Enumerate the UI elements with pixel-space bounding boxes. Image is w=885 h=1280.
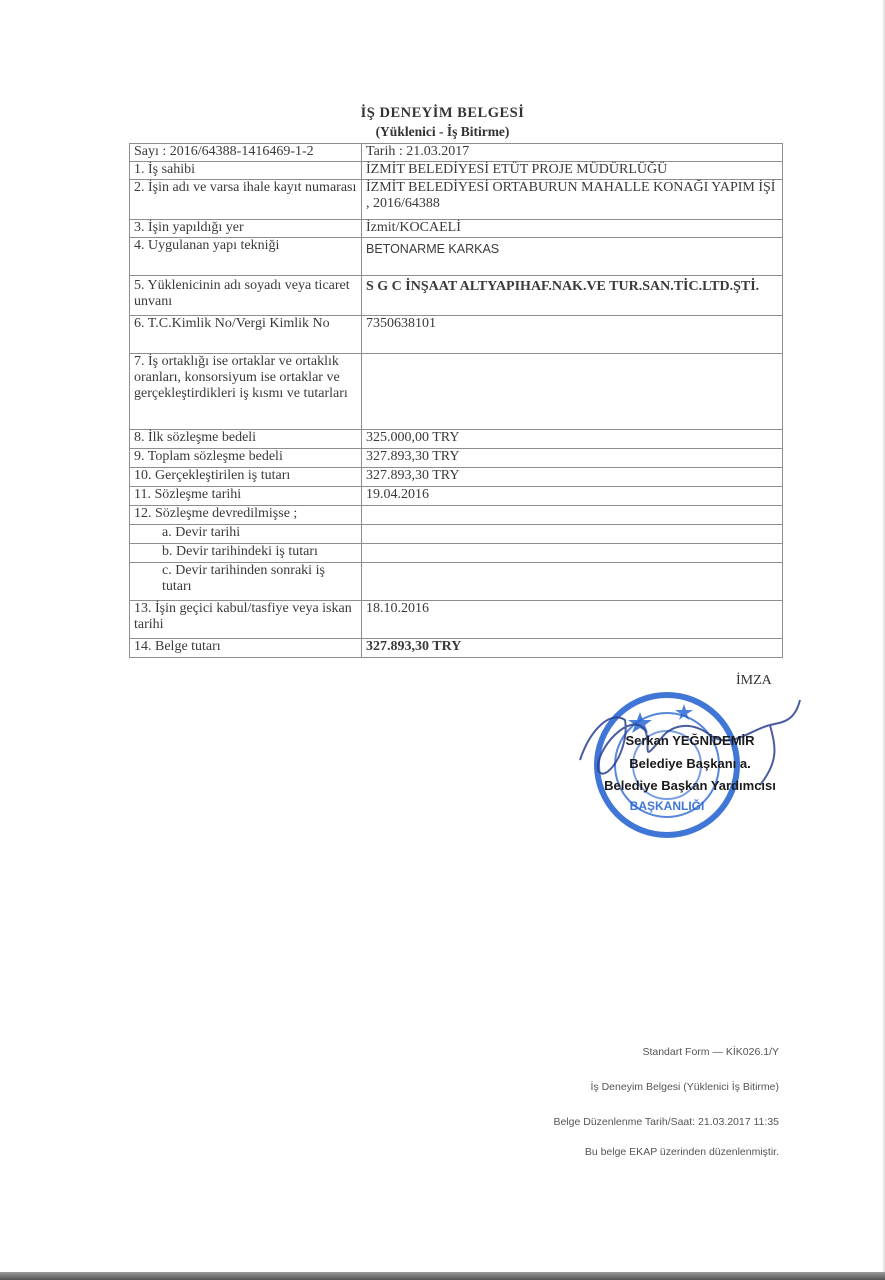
- table-row: a. Devir tarihi: [130, 525, 783, 544]
- row-value: [362, 544, 783, 563]
- table-row: 6. T.C.Kimlik No/Vergi Kimlik No 7350638…: [130, 316, 783, 354]
- row-value: 325.000,00 TRY: [362, 430, 783, 449]
- sayi-cell: Sayı : 2016/64388-1416469-1-2: [130, 144, 362, 162]
- row-label: 8. İlk sözleşme bedeli: [130, 430, 362, 449]
- table-row: 14. Belge tutarı 327.893,30 TRY: [130, 639, 783, 658]
- table-row: 1. İş sahibi İZMİT BELEDİYESİ ETÜT PROJE…: [130, 162, 783, 180]
- table-row: 5. Yüklenicinin adı soyadı veya ticaret …: [130, 276, 783, 316]
- row-label: 10. Gerçekleştirilen iş tutarı: [130, 468, 362, 487]
- row-label: 14. Belge tutarı: [130, 639, 362, 658]
- row-label: b. Devir tarihindeki iş tutarı: [130, 544, 362, 563]
- row-value: BETONARME KARKAS: [362, 238, 783, 276]
- row-value: [362, 506, 783, 525]
- signer-title-2: Belediye Başkan Yardımcısı: [560, 778, 820, 793]
- row-value: 327.893,30 TRY: [362, 449, 783, 468]
- table-row: 12. Sözleşme devredilmişse ;: [130, 506, 783, 525]
- row-value: 7350638101: [362, 316, 783, 354]
- row-value: 18.10.2016: [362, 601, 783, 639]
- row-value: [362, 563, 783, 601]
- table-header-row: Sayı : 2016/64388-1416469-1-2 Tarih : 21…: [130, 144, 783, 162]
- row-value: S G C İNŞAAT ALTYAPIHAF.NAK.VE TUR.SAN.T…: [362, 276, 783, 316]
- document-page: İŞ DENEYİM BELGESİ (Yüklenici - İş Bitir…: [0, 0, 885, 1272]
- row-value: İZMİT BELEDİYESİ ETÜT PROJE MÜDÜRLÜĞÜ: [362, 162, 783, 180]
- row-label: 11. Sözleşme tarihi: [130, 487, 362, 506]
- row-label: 12. Sözleşme devredilmişse ;: [130, 506, 362, 525]
- row-label: 7. İş ortaklığı ise ortaklar ve ortaklık…: [130, 354, 362, 430]
- row-label: 1. İş sahibi: [130, 162, 362, 180]
- signature-label: İMZA: [736, 673, 772, 689]
- row-label: 13. İşin geçici kabul/tasfiye veya iskan…: [130, 601, 362, 639]
- row-value: İZMİT BELEDİYESİ ORTABURUN MAHALLE KONAĞ…: [362, 180, 783, 220]
- footer-issue-datetime: Belge Düzenlenme Tarih/Saat: 21.03.2017 …: [553, 1116, 779, 1128]
- row-label: 2. İşin adı ve varsa ihale kayıt numaras…: [130, 180, 362, 220]
- signer-title-1: Belediye Başkanı a.: [560, 756, 820, 771]
- table-row: 4. Uygulanan yapı tekniği BETONARME KARK…: [130, 238, 783, 276]
- table-row: 10. Gerçekleştirilen iş tutarı 327.893,3…: [130, 468, 783, 487]
- footer-ekap-note: Bu belge EKAP üzerinden düzenlenmiştir.: [585, 1146, 779, 1158]
- table-row: 7. İş ortaklığı ise ortaklar ve ortaklık…: [130, 354, 783, 430]
- svg-text:BAŞKANLIĞI: BAŞKANLIĞI: [630, 798, 705, 813]
- row-value: İzmit/KOCAELİ: [362, 220, 783, 238]
- row-label: 9. Toplam sözleşme bedeli: [130, 449, 362, 468]
- row-label: a. Devir tarihi: [130, 525, 362, 544]
- row-label: 4. Uygulanan yapı tekniği: [130, 238, 362, 276]
- table-row: 13. İşin geçici kabul/tasfiye veya iskan…: [130, 601, 783, 639]
- row-value: 327.893,30 TRY: [362, 639, 783, 658]
- row-label: 6. T.C.Kimlik No/Vergi Kimlik No: [130, 316, 362, 354]
- row-value: [362, 354, 783, 430]
- footer-form-code: Standart Form — KİK026.1/Y: [642, 1046, 779, 1058]
- experience-certificate-table: Sayı : 2016/64388-1416469-1-2 Tarih : 21…: [129, 143, 783, 658]
- table-row: c. Devir tarihinden sonraki iş tutarı: [130, 563, 783, 601]
- scan-bottom-edge: [0, 1272, 885, 1280]
- document-title: İŞ DENEYİM BELGESİ: [0, 105, 885, 122]
- row-value: 327.893,30 TRY: [362, 468, 783, 487]
- row-label: 3. İşin yapıldığı yer: [130, 220, 362, 238]
- row-label: 5. Yüklenicinin adı soyadı veya ticaret …: [130, 276, 362, 316]
- signer-name: Serkan YEĞNİDEMİR: [560, 733, 820, 748]
- row-value: [362, 525, 783, 544]
- document-subtitle: (Yüklenici - İş Bitirme): [0, 124, 885, 140]
- row-value: 19.04.2016: [362, 487, 783, 506]
- table-row: 9. Toplam sözleşme bedeli 327.893,30 TRY: [130, 449, 783, 468]
- table-row: 2. İşin adı ve varsa ihale kayıt numaras…: [130, 180, 783, 220]
- tarih-cell: Tarih : 21.03.2017: [362, 144, 783, 162]
- table-row: 11. Sözleşme tarihi 19.04.2016: [130, 487, 783, 506]
- table-row: 8. İlk sözleşme bedeli 325.000,00 TRY: [130, 430, 783, 449]
- row-label: c. Devir tarihinden sonraki iş tutarı: [130, 563, 362, 601]
- table-row: 3. İşin yapıldığı yer İzmit/KOCAELİ: [130, 220, 783, 238]
- table-row: b. Devir tarihindeki iş tutarı: [130, 544, 783, 563]
- footer-form-name: İş Deneyim Belgesi (Yüklenici İş Bitirme…: [591, 1081, 779, 1093]
